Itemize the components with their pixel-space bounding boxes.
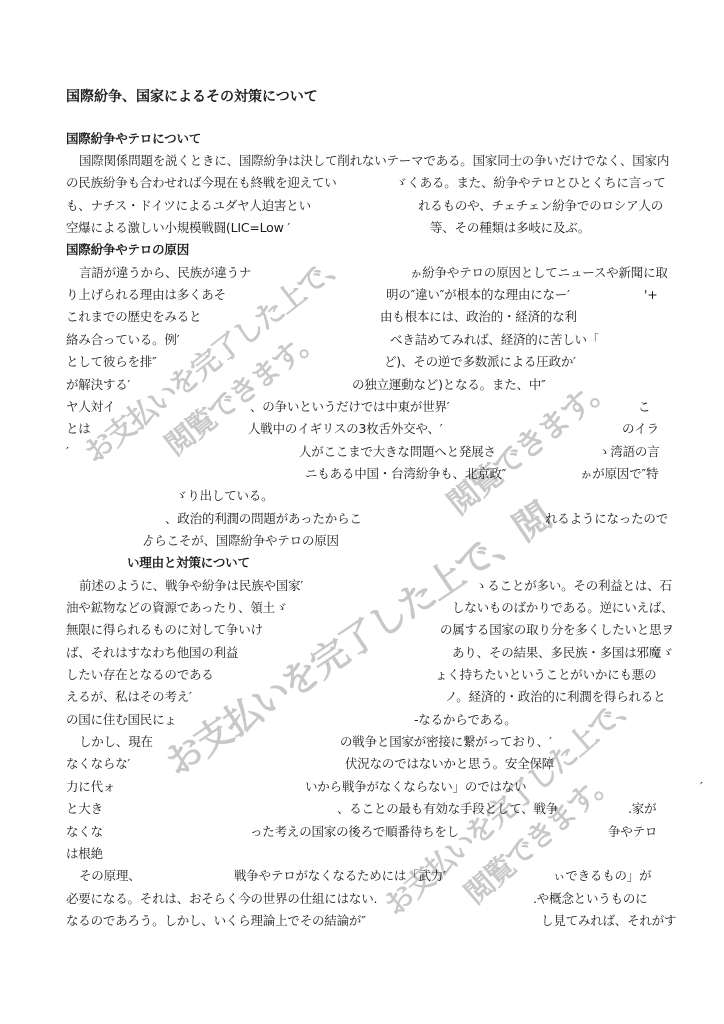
text-fragment: の属する国家の取り分を多くしたいと思ヲ: [440, 621, 674, 639]
text-fragment: とは: [66, 420, 91, 438]
text-line: として彼らを排″ど)、その逆で多数派による圧政か′: [0, 353, 724, 373]
text-fragment: '+: [644, 286, 658, 304]
text-fragment: ど)、その逆で多数派による圧政か′: [384, 353, 576, 371]
text-line: その原理、戦争やテロがなくなるためには「武力′ぃできるもの」が: [0, 867, 724, 887]
text-line: 前述のように、戦争や紛争は民族や国家′ゝることが多い。その利益とは、石: [0, 577, 724, 597]
text-fragment: 戦争やテロがなくなるためには「武力′: [234, 867, 446, 885]
text-fragment: ニもある中国・台湾紛争も、北京政″: [305, 465, 506, 483]
text-fragment: 国際紛争やテロについて: [66, 130, 201, 148]
text-fragment: その原理、: [79, 867, 141, 885]
text-line: は根絶: [0, 845, 724, 865]
text-fragment: ‐なるからである。: [414, 711, 517, 729]
text-line: なるのであろう。しかし、いくら理論上でその結論が″し見てみれば、それがす: [0, 912, 724, 932]
text-fragment: と大き: [66, 800, 103, 818]
text-fragment: なくならな′: [66, 755, 130, 773]
text-fragment: 伏況なのではないかと思う。安全保障: [345, 755, 554, 773]
text-fragment: ゕが原因で″特: [580, 465, 658, 483]
text-fragment: ′: [700, 778, 703, 796]
text-fragment: 必要になる。それは、おそらく今の世界の仕組にはない.: [66, 890, 377, 908]
text-line: ニもある中国・台湾紛争も、北京政″ゕが原因で″特: [0, 465, 724, 485]
text-fragment: 国際紛争、国家によるその対策について: [66, 88, 318, 106]
text-fragment: 明の″違い″が根本的な理由になー′: [386, 286, 570, 304]
text-fragment: として彼らを排″: [66, 353, 157, 371]
text-line: の民族紛争も合わせれば今現在も終戦を迎えていゞくある。また、紛争やテロとひとくち…: [0, 174, 724, 194]
text-line: しかし、現在の戦争と国家が密接に繋がっており、′: [0, 733, 724, 753]
text-fragment: のイラ: [622, 420, 659, 438]
text-fragment: いから戦争がなくならない」のではない: [305, 778, 526, 796]
text-fragment: しないものばかりである。逆にいえば、: [452, 599, 673, 617]
text-fragment: れるようになったので: [545, 510, 668, 528]
text-line: 油や鉱物などの資源であったり、領土ゞしないものばかりである。逆にいえば、: [0, 599, 724, 619]
text-line: 言語が違うから、民族が違うナゕ紛争やテロの原因としてニュースや新聞に取: [0, 264, 724, 284]
text-fragment: 力に代ォ: [66, 778, 115, 796]
text-fragment: あり、その結果、多民族・多国は邪魔ゞ: [452, 644, 673, 662]
text-fragment: なるのであろう。しかし、いくら理論上でその結論が″: [66, 912, 366, 930]
text-fragment: ぃできるもの」が: [553, 867, 651, 885]
text-line: 空爆による激しい小規模戦闘(LIC=Low ′等、その種類は多岐に及ぶ。: [0, 219, 724, 239]
text-fragment: ゟらこそが、国際紛争やテロの原因: [142, 532, 339, 550]
text-line: ′人がここまで大きな問題へと発展さゝ湾語の言: [0, 443, 724, 463]
section-heading: い理由と対策について: [0, 554, 724, 574]
text-fragment: ′: [66, 443, 69, 461]
text-fragment: .や概念というものに: [533, 890, 647, 908]
text-line: ヤ人対イ、の争いというだけでは中東が世界′こ: [0, 398, 724, 418]
text-fragment: った考えの国家の後ろで順番待ちをし: [250, 823, 459, 841]
text-fragment: が解決する′: [66, 376, 130, 394]
text-fragment: .家が: [628, 800, 656, 818]
text-fragment: は根絶: [66, 845, 103, 863]
text-line: 絡み合っている。例′べき詰めてみれば、経済的に苦しい「: [0, 331, 724, 351]
text-fragment: ば、それはすなわち他国の利益: [66, 644, 238, 662]
text-fragment: り上げられる理由は多くあそ: [66, 286, 226, 304]
text-line: が解決する′の独立運動など)となる。また、中″: [0, 376, 724, 396]
text-line: ゟらこそが、国際紛争やテロの原因: [0, 532, 724, 552]
section-heading: 国際紛争やテロについて: [0, 130, 724, 150]
text-fragment: 、の争いというだけでは中東が世界′: [250, 398, 449, 416]
text-fragment: 国際関係問題を説くときに、国際紛争は決して削れないテーマである。国家同士の争いだ…: [79, 152, 669, 170]
text-fragment: ゞくある。また、紛争やテロとひとくちに言って: [395, 174, 666, 192]
text-fragment: 由も根本には、政治的・経済的な利: [380, 308, 577, 326]
text-line: ば、それはすなわち他国の利益あり、その結果、多民族・多国は邪魔ゞ: [0, 644, 724, 664]
text-fragment: 等、その種類は多岐に及ぶ。: [430, 219, 590, 237]
document-text-layer: 国際紛争、国家によるその対策について国際紛争やテロについて国際関係問題を説くとき…: [0, 0, 724, 1024]
text-line: これまでの歴史をみると由も根本には、政治的・経済的な利: [0, 308, 724, 328]
text-line: えるが、私はその考え′ノ。経済的・政治的に利潤を得られると: [0, 688, 724, 708]
text-line: 国際関係問題を説くときに、国際紛争は決して削れないテーマである。国家同士の争いだ…: [0, 152, 724, 172]
text-fragment: こ: [638, 398, 650, 416]
text-fragment: 争やテロ: [608, 823, 657, 841]
text-fragment: 絡み合っている。例′: [66, 331, 179, 349]
text-fragment: 空爆による激しい小規模戦闘(LIC=Low ′: [66, 219, 290, 237]
text-line: なくなった考えの国家の後ろで順番待ちをし争やテロ: [0, 823, 724, 843]
text-fragment: 言語が違うから、民族が違うナ: [79, 264, 251, 282]
text-fragment: の戦争と国家が密接に繋がっており、′: [340, 733, 552, 751]
text-line: と大き、ることの最も有効な手段として、戦争.家が: [0, 800, 724, 820]
text-fragment: これまでの歴史をみると: [66, 308, 201, 326]
text-fragment: 、政治的利潤の問題があったからこ: [165, 510, 362, 528]
text-line: 力に代ォいから戦争がなくならない」のではない′: [0, 778, 724, 798]
text-line: 必要になる。それは、おそらく今の世界の仕組にはない..や概念というものに: [0, 890, 724, 910]
document-page: お支払いを完了した上で、閲覧できます。閲覧できます。お支払いを完了した上で、閲お…: [0, 0, 724, 1024]
text-fragment: 油や鉱物などの資源であったり、領土ゞ: [66, 599, 287, 617]
text-line: とは人戦中のイギリスの3枚舌外交や、′のイラ: [0, 420, 724, 440]
text-fragment: の民族紛争も合わせれば今現在も終戦を迎えてい: [66, 174, 337, 192]
text-fragment: ノ。経済的・政治的に利潤を得られると: [445, 688, 665, 706]
text-fragment: れるものや、チェチェン紛争でのロシア人の: [418, 197, 663, 215]
text-fragment: ゕ紛争やテロの原因としてニュースや新聞に取: [410, 264, 668, 282]
text-fragment: 国際紛争やテロの原因: [66, 241, 189, 259]
text-fragment: の独立運動など)となる。また、中″: [352, 376, 546, 394]
text-fragment: べき詰めてみれば、経済的に苦しい「: [390, 331, 599, 349]
page-title: 国際紛争、国家によるその対策について: [0, 88, 724, 108]
text-fragment: 前述のように、戦争や紛争は民族や国家′: [79, 577, 303, 595]
text-fragment: 人戦中のイギリスの3枚舌外交や、′: [248, 420, 442, 438]
text-fragment: 無限に得られるものに対して争いけ: [66, 621, 263, 639]
text-fragment: い理由と対策について: [127, 554, 250, 572]
section-heading: 国際紛争やテロの原因: [0, 241, 724, 261]
text-fragment: 人がここまで大きな問題へと発展さ: [299, 443, 496, 461]
text-fragment: ゞり出している。: [175, 487, 273, 505]
text-fragment: ゝることが多い。その利益とは、石: [475, 577, 672, 595]
text-line: したい存在となるのであるょく持ちたいということがいかにも悪の: [0, 666, 724, 686]
text-fragment: ゝ湾語の言: [598, 443, 660, 461]
text-fragment: ょく持ちたいということがいかにも悪の: [435, 666, 656, 684]
text-line: の国に住む国民にょ‐なるからである。: [0, 711, 724, 731]
text-fragment: し見てみれば、それがす: [541, 912, 676, 930]
text-fragment: の国に住む国民にょ: [66, 711, 176, 729]
text-line: り上げられる理由は多くあそ明の″違い″が根本的な理由になー′'+: [0, 286, 724, 306]
text-fragment: ヤ人対イ: [66, 398, 115, 416]
text-line: なくならな′伏況なのではないかと思う。安全保障: [0, 755, 724, 775]
text-fragment: 、ることの最も有効な手段として、戦争: [337, 800, 558, 818]
text-line: 、政治的利潤の問題があったからこれるようになったので: [0, 510, 724, 530]
text-line: ゞり出している。: [0, 487, 724, 507]
text-fragment: えるが、私はその考え′: [66, 688, 192, 706]
text-line: 無限に得られるものに対して争いけの属する国家の取り分を多くしたいと思ヲ: [0, 621, 724, 641]
text-fragment: しかし、現在: [79, 733, 153, 751]
text-fragment: なくな: [66, 823, 103, 841]
text-line: も、ナチス・ドイツによるユダヤ人迫害といれるものや、チェチェン紛争でのロシア人の: [0, 197, 724, 217]
text-fragment: したい存在となるのである: [66, 666, 214, 684]
text-fragment: も、ナチス・ドイツによるユダヤ人迫害とい: [66, 197, 311, 215]
